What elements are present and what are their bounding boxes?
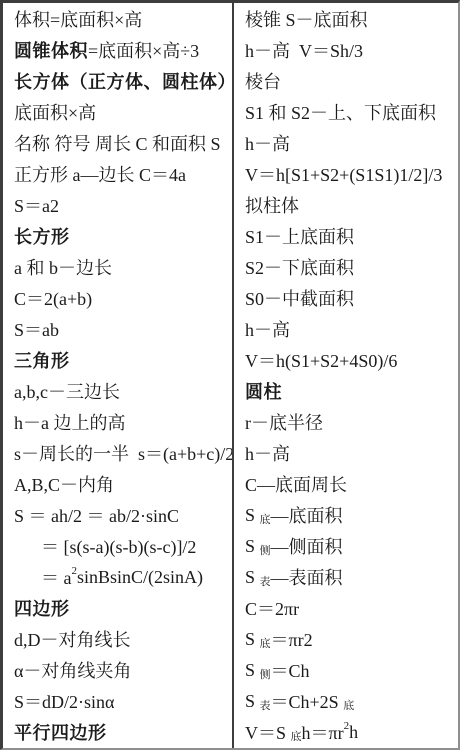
- formula-line: 长方体（正方体、圆柱体）的体积=: [3, 65, 232, 96]
- formula-text: S: [245, 629, 260, 650]
- formula-line: S＝ab: [3, 313, 232, 344]
- formula-line: 棱锥 S－底面积: [234, 3, 458, 34]
- section-heading-text: 长方体（正方体、圆柱体）的体积=: [14, 68, 232, 94]
- formula-line: h－高: [234, 127, 458, 158]
- formula-text: S: [245, 505, 260, 526]
- formula-line: 四边形: [3, 593, 232, 624]
- formula-line: S 表—表面积: [234, 562, 458, 593]
- formula-text: r－底半径: [245, 409, 323, 435]
- formula-text: a 和 b－边长: [14, 254, 112, 280]
- formula-line: V＝h[S1+S2+(S1S1)1/2]/3: [234, 158, 458, 189]
- formula-line: S 侧＝Ch: [234, 655, 458, 686]
- formula-text: S＝dD/2·sinα: [14, 688, 114, 714]
- formula-text: h: [349, 722, 358, 743]
- formula-line: 底面积×高: [3, 96, 232, 127]
- formula-text: —侧面积: [271, 533, 343, 559]
- formula-text: 棱锥 S－底面积: [245, 6, 368, 32]
- formula-text: h－高: [245, 130, 290, 156]
- formula-text: 底面积×高: [14, 99, 96, 125]
- formula-line: S0－中截面积: [234, 282, 458, 313]
- formula-text: A,B,C－内角: [14, 471, 114, 497]
- formula-line: S1－上底面积: [234, 220, 458, 251]
- formula-line: S＝dD/2·sinα: [3, 686, 232, 717]
- formula-text: S: [245, 691, 260, 712]
- formula-text: S2－下底面积: [245, 254, 354, 280]
- subscript-text: 底: [291, 728, 302, 744]
- formula-text: —表面积: [271, 564, 343, 590]
- formula-line: h－高 V＝Sh/3: [234, 34, 458, 65]
- formula-line: r－底半径: [234, 406, 458, 437]
- formula-text: h－高: [245, 440, 290, 466]
- formula-text: S: [245, 536, 260, 557]
- formula-line: V＝S 底h＝πr2h: [234, 717, 458, 748]
- formula-line: a 和 b－边长: [3, 251, 232, 282]
- subscript-text: 底: [343, 697, 354, 713]
- formula-text: h－a 边上的高: [14, 409, 126, 435]
- formula-text: S1－上底面积: [245, 223, 354, 249]
- formula-line: 体积=底面积×高: [3, 3, 232, 34]
- formula-line: S1 和 S2－上、下底面积: [234, 96, 458, 127]
- formula-line: A,B,C－内角: [3, 468, 232, 499]
- formula-line: h－高: [234, 437, 458, 468]
- formula-line: 名称 符号 周长 C 和面积 S: [3, 127, 232, 158]
- formula-line: S ＝ ah/2 ＝ ab/2·sinC: [3, 500, 232, 531]
- formula-text: α－对角线夹角: [14, 657, 131, 683]
- formula-text: C—底面周长: [245, 471, 347, 497]
- formula-line: ＝ a2sinBsinC/(2sinA): [3, 562, 232, 593]
- formula-line: 三角形: [3, 344, 232, 375]
- formula-text: S: [245, 660, 260, 681]
- formula-line: S 底—底面积: [234, 500, 458, 531]
- table-column-left: 体积=底面积×高圆锥体积=底面积×高÷3长方体（正方体、圆柱体）的体积=底面积×…: [3, 3, 234, 748]
- formula-text: a,b,c－三边长: [14, 378, 120, 404]
- formula-text: V＝h[S1+S2+(S1S1)1/2]/3: [245, 161, 442, 187]
- formula-line: 圆柱: [234, 375, 458, 406]
- table-column-right: 棱锥 S－底面积h－高 V＝Sh/3棱台S1 和 S2－上、下底面积h－高V＝h…: [234, 3, 458, 748]
- formula-text: h＝πr: [302, 719, 344, 745]
- formula-text: ＝ a: [41, 564, 72, 590]
- formula-text: C＝2πr: [245, 595, 299, 621]
- section-heading-text: 平行四边形: [14, 719, 107, 745]
- subscript-text: 表: [260, 697, 271, 713]
- formula-text: S1 和 S2－上、下底面积: [245, 99, 436, 125]
- formula-text: 体积=底面积×高: [14, 6, 142, 32]
- formula-document-page: 体积=底面积×高圆锥体积=底面积×高÷3长方体（正方体、圆柱体）的体积=底面积×…: [0, 0, 460, 750]
- formula-text: 名称 符号 周长 C 和面积 S: [14, 130, 221, 156]
- formula-text: sinBsinC/(2sinA): [77, 567, 203, 588]
- superscript-text: 2: [344, 720, 350, 732]
- formula-line: α－对角线夹角: [3, 655, 232, 686]
- formula-text: ＝Ch+2S: [271, 688, 344, 714]
- formula-text: s－周长的一半 s＝(a+b+c)/2: [14, 440, 232, 466]
- formula-text: 棱台: [245, 68, 281, 94]
- formula-line: h－a 边上的高: [3, 406, 232, 437]
- formula-text: V＝S: [245, 719, 291, 745]
- formula-line: S2－下底面积: [234, 251, 458, 282]
- formula-line: C＝2(a+b): [3, 282, 232, 313]
- formula-text: V＝h(S1+S2+4S0)/6: [245, 347, 397, 373]
- formula-line: S 表＝Ch+2S 底: [234, 686, 458, 717]
- formula-text: S: [245, 567, 260, 588]
- formula-line: S 底＝πr2: [234, 624, 458, 655]
- superscript-text: 2: [72, 565, 78, 577]
- formula-text: S＝ab: [14, 316, 59, 342]
- subscript-text: 表: [260, 573, 271, 589]
- formula-line: C＝2πr: [234, 593, 458, 624]
- section-heading-text: 三角形: [14, 347, 70, 373]
- section-heading-text: 长方形: [14, 223, 70, 249]
- formula-text: d,D－对角线长: [14, 626, 131, 652]
- section-heading-text: 圆柱: [245, 378, 282, 404]
- formula-line: S 侧—侧面积: [234, 531, 458, 562]
- formula-line: V＝h(S1+S2+4S0)/6: [234, 344, 458, 375]
- formula-text: =底面积×高÷3: [88, 37, 199, 63]
- formula-text: ＝ [s(s-a)(s-b)(s-c)]/2: [41, 533, 196, 559]
- formula-line: a,b,c－三边长: [3, 375, 232, 406]
- formula-text: S＝a2: [14, 192, 59, 218]
- formula-line: 拟柱体: [234, 189, 458, 220]
- formula-text: 正方形 a—边长 C＝4a: [14, 161, 186, 187]
- formula-text: ＝πr2: [271, 626, 313, 652]
- formula-text: —底面积: [271, 502, 343, 528]
- formula-text: C＝2(a+b): [14, 285, 92, 311]
- subscript-text: 底: [260, 635, 271, 651]
- subscript-text: 侧: [260, 666, 271, 682]
- formula-text: S ＝ ah/2 ＝ ab/2·sinC: [14, 502, 179, 528]
- formula-line: 圆锥体积=底面积×高÷3: [3, 34, 232, 65]
- subscript-text: 侧: [260, 542, 271, 558]
- formula-text: ＝Ch: [271, 657, 310, 683]
- formula-text: h－高: [245, 316, 290, 342]
- formula-line: d,D－对角线长: [3, 624, 232, 655]
- formula-line: 长方形: [3, 220, 232, 251]
- formula-line: h－高: [234, 313, 458, 344]
- formula-text: h－高 V＝Sh/3: [245, 37, 363, 63]
- formula-line: C—底面周长: [234, 468, 458, 499]
- formula-text: 拟柱体: [245, 192, 299, 218]
- subscript-text: 底: [260, 511, 271, 527]
- formula-text: S0－中截面积: [245, 285, 354, 311]
- section-heading-text: 圆锥体积: [14, 37, 88, 63]
- formula-line: s－周长的一半 s＝(a+b+c)/2: [3, 437, 232, 468]
- formula-line: 棱台: [234, 65, 458, 96]
- formula-line: 正方形 a—边长 C＝4a: [3, 158, 232, 189]
- section-heading-text: 四边形: [14, 595, 70, 621]
- formula-line: S＝a2: [3, 189, 232, 220]
- formula-line: ＝ [s(s-a)(s-b)(s-c)]/2: [3, 531, 232, 562]
- formula-line: 平行四边形: [3, 717, 232, 748]
